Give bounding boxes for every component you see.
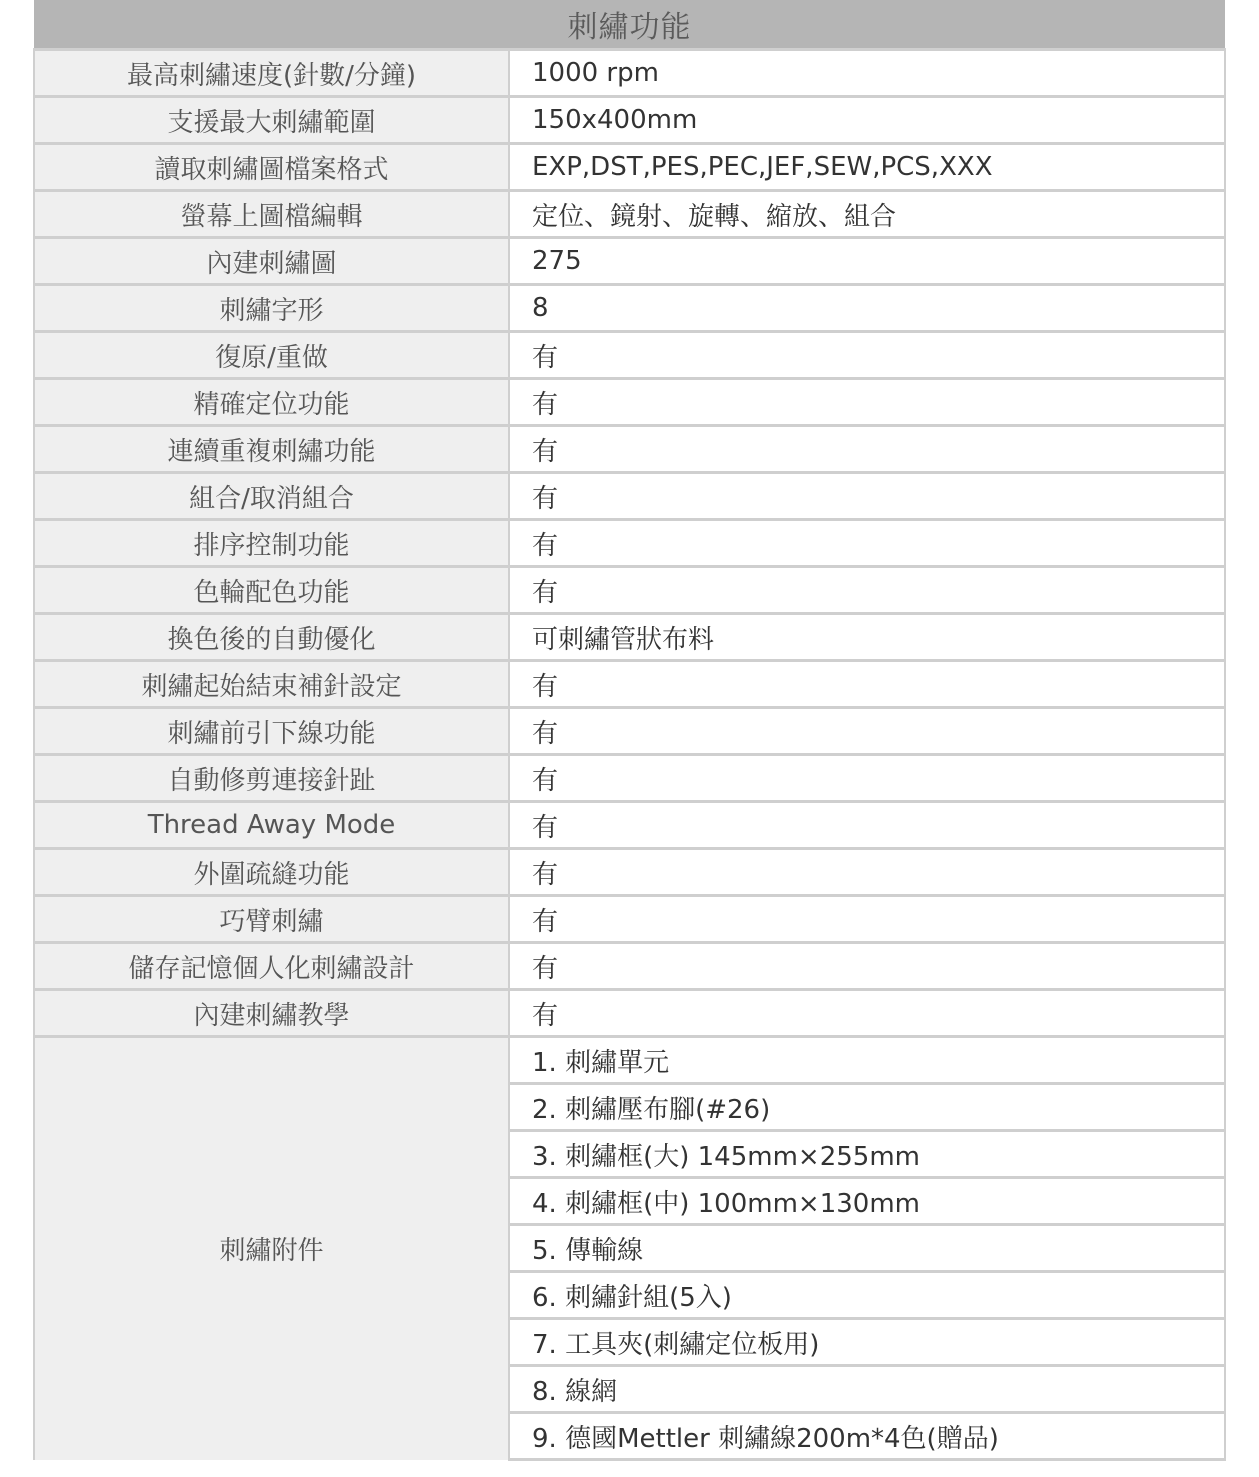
row-value: 可刺繡管狀布料	[509, 614, 1225, 661]
row-value: 1000 rpm	[509, 50, 1225, 97]
table-row: 組合/取消組合有	[34, 473, 1225, 520]
row-value: 有	[509, 567, 1225, 614]
row-label: 刺繡前引下線功能	[34, 708, 509, 755]
row-label: 讀取刺繡圖檔案格式	[34, 144, 509, 191]
table-row: 連續重複刺繡功能有	[34, 426, 1225, 473]
row-label: 外圍疏縫功能	[34, 849, 509, 896]
row-label: 刺繡起始結束補針設定	[34, 661, 509, 708]
accessory-item: 4. 刺繡框(中) 100mm×130mm	[509, 1178, 1225, 1225]
table-row: 色輪配色功能有	[34, 567, 1225, 614]
accessory-item: 3. 刺繡框(大) 145mm×255mm	[509, 1131, 1225, 1178]
row-label: 最高刺繡速度(針數/分鐘)	[34, 50, 509, 97]
row-label: Thread Away Mode	[34, 802, 509, 849]
table-row: 換色後的自動優化可刺繡管狀布料	[34, 614, 1225, 661]
row-value: 定位、鏡射、旋轉、縮放、組合	[509, 191, 1225, 238]
row-value: 275	[509, 238, 1225, 285]
table-row: 排序控制功能有	[34, 520, 1225, 567]
row-label: 儲存記憶個人化刺繡設計	[34, 943, 509, 990]
table-row: 外圍疏縫功能有	[34, 849, 1225, 896]
accessory-item: 8. 線網	[509, 1366, 1225, 1413]
table-row: 復原/重做有	[34, 332, 1225, 379]
table-row: 巧臂刺繡有	[34, 896, 1225, 943]
row-label: 復原/重做	[34, 332, 509, 379]
row-label: 連續重複刺繡功能	[34, 426, 509, 473]
row-label: 自動修剪連接針趾	[34, 755, 509, 802]
row-value: 有	[509, 520, 1225, 567]
table-row: 內建刺繡圖275	[34, 238, 1225, 285]
table-header-row: 刺繡功能	[34, 0, 1225, 50]
row-label: 組合/取消組合	[34, 473, 509, 520]
row-value: EXP,DST,PES,PEC,JEF,SEW,PCS,XXX	[509, 144, 1225, 191]
row-label: 內建刺繡圖	[34, 238, 509, 285]
table-row: 支援最大刺繡範圍150x400mm	[34, 97, 1225, 144]
accessory-item: 5. 傳輸線	[509, 1225, 1225, 1272]
table-title: 刺繡功能	[34, 0, 1225, 50]
table-row: 自動修剪連接針趾有	[34, 755, 1225, 802]
row-value: 有	[509, 755, 1225, 802]
accessory-item: 9. 德國Mettler 刺繡線200m*4色(贈品)	[509, 1413, 1225, 1460]
row-value: 有	[509, 473, 1225, 520]
table-row: 儲存記憶個人化刺繡設計有	[34, 943, 1225, 990]
embroidery-spec-table: 刺繡功能 最高刺繡速度(針數/分鐘)1000 rpm 支援最大刺繡範圍150x4…	[33, 0, 1226, 1461]
accessory-item: 2. 刺繡壓布腳(#26)	[509, 1084, 1225, 1131]
row-value: 有	[509, 802, 1225, 849]
row-value: 有	[509, 708, 1225, 755]
table-row: 刺繡起始結束補針設定有	[34, 661, 1225, 708]
table-row: 內建刺繡教學有	[34, 990, 1225, 1037]
accessory-row: 刺繡附件 1. 刺繡單元	[34, 1037, 1225, 1084]
table-row: 讀取刺繡圖檔案格式EXP,DST,PES,PEC,JEF,SEW,PCS,XXX	[34, 144, 1225, 191]
row-value: 150x400mm	[509, 97, 1225, 144]
row-value: 有	[509, 990, 1225, 1037]
table-row: 刺繡前引下線功能有	[34, 708, 1225, 755]
row-label: 排序控制功能	[34, 520, 509, 567]
accessories-label: 刺繡附件	[34, 1037, 509, 1460]
row-label: 內建刺繡教學	[34, 990, 509, 1037]
table-row: 精確定位功能有	[34, 379, 1225, 426]
row-label: 換色後的自動優化	[34, 614, 509, 661]
table-row: 螢幕上圖檔編輯定位、鏡射、旋轉、縮放、組合	[34, 191, 1225, 238]
row-value: 有	[509, 943, 1225, 990]
table-row: 最高刺繡速度(針數/分鐘)1000 rpm	[34, 50, 1225, 97]
accessory-item: 6. 刺繡針組(5入)	[509, 1272, 1225, 1319]
accessory-item: 1. 刺繡單元	[509, 1037, 1225, 1084]
accessory-item: 7. 工具夾(刺繡定位板用)	[509, 1319, 1225, 1366]
row-value: 8	[509, 285, 1225, 332]
row-label: 巧臂刺繡	[34, 896, 509, 943]
row-value: 有	[509, 661, 1225, 708]
table-body: 最高刺繡速度(針數/分鐘)1000 rpm 支援最大刺繡範圍150x400mm …	[34, 50, 1225, 1460]
row-label: 刺繡字形	[34, 285, 509, 332]
row-label: 精確定位功能	[34, 379, 509, 426]
row-value: 有	[509, 379, 1225, 426]
row-value: 有	[509, 426, 1225, 473]
row-value: 有	[509, 849, 1225, 896]
row-label: 螢幕上圖檔編輯	[34, 191, 509, 238]
row-label: 色輪配色功能	[34, 567, 509, 614]
row-value: 有	[509, 332, 1225, 379]
row-label: 支援最大刺繡範圍	[34, 97, 509, 144]
row-value: 有	[509, 896, 1225, 943]
table-row: Thread Away Mode有	[34, 802, 1225, 849]
table-row: 刺繡字形8	[34, 285, 1225, 332]
